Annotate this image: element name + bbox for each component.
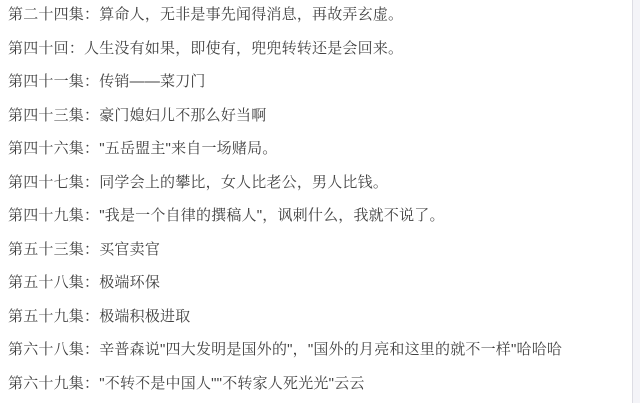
episode-title: 豪门媳妇儿不那么好当啊 [99,107,266,124]
episode-number: 第五十九集 [8,308,84,325]
episode-separator: ： [84,308,99,325]
episode-list-item: 第四十六集："五岳盟主"来自一场赌局。 [8,140,626,174]
episode-number: 第二十四集 [8,6,84,23]
episode-separator: ： [84,241,99,258]
episode-number: 第四十七集 [8,174,84,191]
episode-title: "我是一个自律的撰稿人"，讽刺什么，我就不说了。 [99,207,444,224]
episode-separator: ： [69,40,84,57]
episode-number: 第四十回 [8,40,69,57]
episode-list-item: 第二十四集：算命人，无非是事先闻得消息，再故弄玄虚。 [8,6,626,40]
episode-number: 第五十八集 [8,274,84,291]
episode-list-item: 第四十回：人生没有如果，即使有，兜兜转转还是会回来。 [8,40,626,74]
episode-list-item: 第六十九集："不转不是中国人""不转家人死光光"云云 [8,375,626,403]
episode-separator: ： [84,174,99,191]
episode-list-item: 第六十八集：辛普森说"四大发明是国外的"，"国外的月亮和这里的就不一样"哈哈哈 [8,341,626,375]
episode-number: 第四十一集 [8,73,84,90]
episode-number: 第四十六集 [8,140,84,157]
episode-separator: ： [84,6,99,23]
episode-list: 第二十四集：算命人，无非是事先闻得消息，再故弄玄虚。 第四十回：人生没有如果，即… [8,6,626,403]
episode-number: 第六十九集 [8,375,84,392]
episode-separator: ： [84,341,99,358]
episode-number: 第六十八集 [8,341,84,358]
episode-title: "五岳盟主"来自一场赌局。 [99,140,277,157]
article-page: 第二十四集：算命人，无非是事先闻得消息，再故弄玄虚。 第四十回：人生没有如果，即… [0,0,640,403]
episode-number: 第四十九集 [8,207,84,224]
episode-list-item: 第四十七集：同学会上的攀比，女人比老公，男人比钱。 [8,174,626,208]
episode-separator: ： [84,140,99,157]
episode-separator: ： [84,207,99,224]
episode-list-item: 第四十九集："我是一个自律的撰稿人"，讽刺什么，我就不说了。 [8,207,626,241]
episode-title: 买官卖官 [99,241,160,258]
episode-number: 第五十三集 [8,241,84,258]
episode-number: 第四十三集 [8,107,84,124]
episode-title: 算命人，无非是事先闻得消息，再故弄玄虚。 [99,6,403,23]
scrollbar[interactable] [632,0,640,403]
episode-list-item: 第五十九集：极端积极进取 [8,308,626,342]
episode-title: 人生没有如果，即使有，兜兜转转还是会回来。 [84,40,403,57]
episode-title: 极端积极进取 [99,308,190,325]
episode-title: 辛普森说"四大发明是国外的"，"国外的月亮和这里的就不一样"哈哈哈 [99,341,562,358]
episode-separator: ： [84,375,99,392]
episode-list-item: 第四十一集：传销——菜刀门 [8,73,626,107]
episode-separator: ： [84,107,99,124]
episode-list-item: 第四十三集：豪门媳妇儿不那么好当啊 [8,107,626,141]
episode-title: 传销——菜刀门 [99,73,205,90]
episode-title: 同学会上的攀比，女人比老公，男人比钱。 [99,174,388,191]
episode-title: 极端环保 [99,274,160,291]
episode-separator: ： [84,274,99,291]
episode-list-item: 第五十八集：极端环保 [8,274,626,308]
episode-title: "不转不是中国人""不转家人死光光"云云 [99,375,364,392]
episode-list-item: 第五十三集：买官卖官 [8,241,626,275]
episode-separator: ： [84,73,99,90]
